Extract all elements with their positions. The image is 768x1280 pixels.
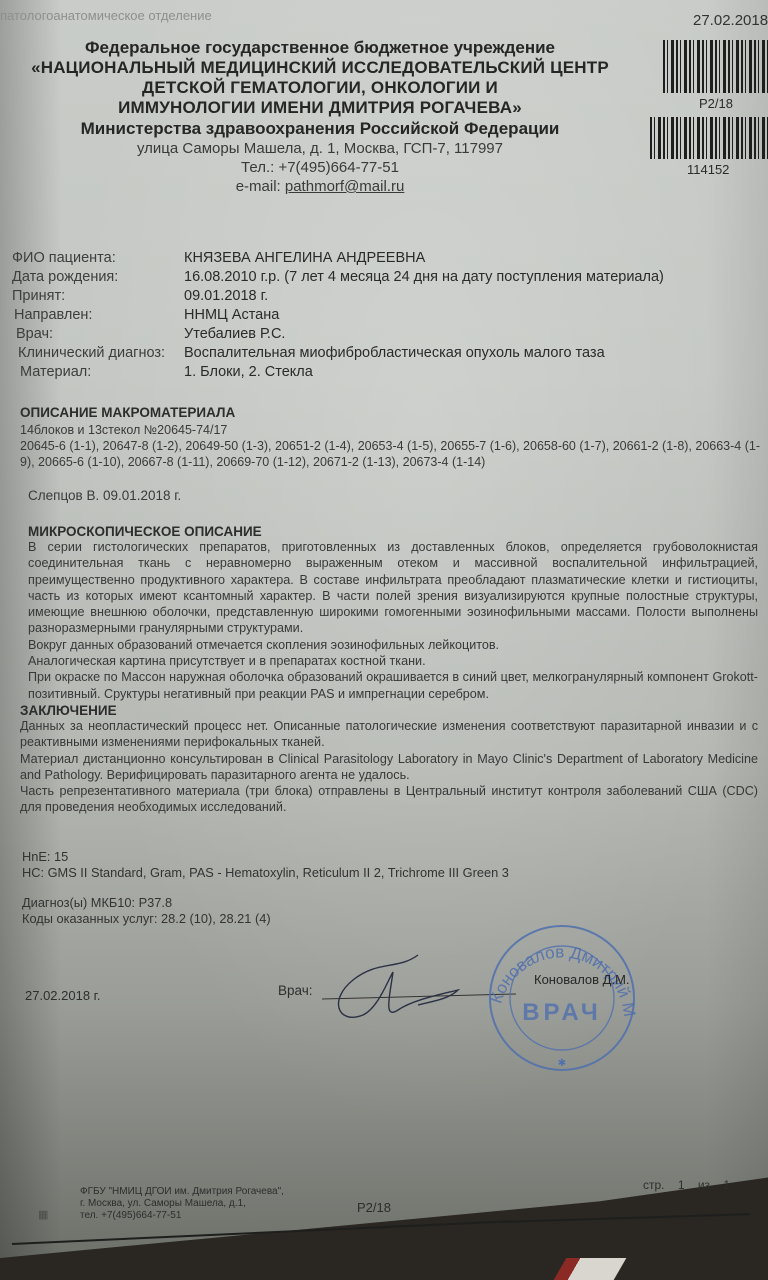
macro-line-1: 14блоков и 13стекол №20645-74/17 [20,422,760,438]
header-line-2: «НАЦИОНАЛЬНЫЙ МЕДИЦИНСКИЙ ИССЛЕДОВАТЕЛЬС… [0,58,640,78]
background-object [554,1258,627,1280]
conclusion-title: ЗАКЛЮЧЕНИЕ [20,703,758,718]
footer-logo-icon: ▦ [38,1208,48,1221]
email-prefix: e-mail: [236,178,285,195]
stain-hne: HnE: 15 [22,849,509,865]
micro-title: МИКРОСКОПИЧЕСКОЕ ОПИСАНИЕ [28,524,758,539]
header-address: улица Саморы Машела, д. 1, Москва, ГСП-7… [0,139,640,158]
stain-hc: HC: GMS II Standard, Gram, PAS - Hematox… [22,865,509,881]
signature-mark [318,950,498,1040]
header-line-4: ИММУНОЛОГИИ ИМЕНИ ДМИТРИЯ РОГАЧЕВА» [0,98,640,118]
conclusion-paragraph-3: Часть репрезентативного материала (три б… [20,783,758,816]
macro-title: ОПИСАНИЕ МАКРОМАТЕРИАЛА [20,405,760,420]
info-row-doctor: Врач:Утебалиев Р.С. [12,325,664,344]
doctor-name: Коновалов Д.М. [534,972,630,987]
header-ministry: Министерства здравоохранения Российской … [0,118,640,139]
svg-text:ВРАЧ: ВРАЧ [522,999,602,1026]
service-codes: Коды оказанных услуг: 28.2 (10), 28.21 (… [22,911,271,927]
footer-code: P2/18 [357,1200,391,1215]
svg-text:✱: ✱ [558,1058,566,1069]
macro-line-2: 20645-6 (1-1), 20647-8 (1-2), 20649-50 (… [20,438,760,470]
stains-block: HnE: 15 HC: GMS II Standard, Gram, PAS -… [22,849,509,881]
conclusion-paragraph-1: Данных за неопластический процесс нет. О… [20,718,758,751]
doctor-label: Врач: [278,983,313,998]
page-number: стр. 1 из 1 [643,1178,730,1192]
diagnosis-block: Диагноз(ы) МКБ10: P37.8 Коды оказанных у… [22,895,271,927]
info-row-name: ФИО пациента:КНЯЗЕВА АНГЕЛИНА АНДРЕЕВНА [12,249,664,268]
info-row-birthdate: Дата рождения:16.08.2010 г.р. (7 лет 4 м… [12,268,664,287]
department-label: патологоанатомическое отделение [0,8,212,23]
signature-date: 27.02.2018 г. [25,988,100,1003]
barcode-id [650,117,768,159]
doctor-stamp: Коновалов Дмитрий Ми ВРАЧ ✱ [474,920,644,1072]
header-line-1: Федеральное государственное бюджетное уч… [0,38,640,58]
footer-rule-right [500,1213,750,1222]
footer-address: ФГБУ "НМИЦ ДГОИ им. Дмитрия Рогачева", г… [80,1186,284,1222]
macro-signer: Слепцов В. 09.01.2018 г. [28,488,181,503]
patient-info: ФИО пациента:КНЯЗЕВА АНГЕЛИНА АНДРЕЕВНА … [12,249,664,382]
icd-code: Диагноз(ы) МКБ10: P37.8 [22,895,271,911]
header-phone: Тел.: +7(495)664-77-51 [0,158,640,177]
header-email-row: e-mail: pathmorf@mail.ru [0,177,640,196]
micro-section: МИКРОСКОПИЧЕСКОЕ ОПИСАНИЕ В серии гистол… [28,524,758,702]
micro-paragraph-1: В серии гистологических препаратов, приг… [28,539,758,637]
barcode-label-case: P2/18 [699,96,733,111]
header-line-3: ДЕТСКОЙ ГЕМАТОЛОГИИ, ОНКОЛОГИИ И [0,78,640,98]
micro-paragraph-3: Аналогическая картина присутствует и в п… [28,653,758,669]
report-date: 27.02.2018 [693,12,768,29]
barcode-case [663,40,768,93]
info-row-material: Материал:1. Блоки, 2. Стекла [12,363,664,382]
macro-section: ОПИСАНИЕ МАКРОМАТЕРИАЛА 14блоков и 13сте… [20,405,760,470]
conclusion-section: ЗАКЛЮЧЕНИЕ Данных за неопластический про… [20,703,758,816]
info-row-referred: Направлен:ННМЦ Астана [12,306,664,325]
institution-header: Федеральное государственное бюджетное уч… [0,38,640,196]
conclusion-paragraph-2: Материал дистанционно консультирован в C… [20,751,758,784]
info-row-clinical-diagnosis: Клинический диагноз:Воспалительная миофи… [12,344,664,363]
micro-paragraph-4: При окраске по Массон наружная оболочка … [28,669,758,702]
info-row-received: Принят:09.01.2018 г. [12,287,664,306]
email-link[interactable]: pathmorf@mail.ru [285,178,404,195]
barcode-label-id: 114152 [687,162,729,177]
micro-paragraph-2: Вокруг данных образований отмечается ско… [28,637,758,653]
